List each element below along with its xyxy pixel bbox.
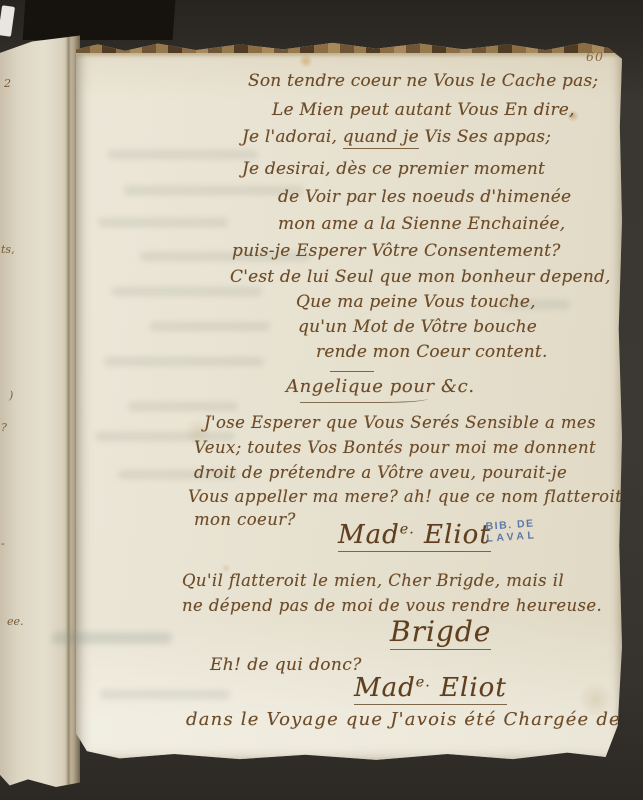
stage-heading: Angelique pour &c. [286, 377, 475, 397]
verse-line: de Voir par les noeuds d'himenée [278, 188, 571, 207]
verse-line: Je desirai, dès ce premier moment [242, 160, 545, 179]
bleedthrough-mark [124, 186, 304, 195]
edge-fragment: ee. [7, 616, 24, 627]
verse-line: Que ma peine Vous touche, [296, 293, 536, 312]
manuscript-photo: 2 ts, ) ? - ee. 60 Son tendre coeur ne V… [0, 0, 643, 800]
speech-line: Veux; toutes Vos Bontés pour moi me donn… [194, 439, 596, 457]
gutter-crease [66, 34, 71, 790]
speech-line: dans le Voyage que J'avois été Chargée d… [186, 710, 621, 730]
folio-number: 60 [586, 49, 604, 64]
bleedthrough-mark [100, 690, 230, 699]
dialogue-line: Eh! de qui donc? [210, 656, 362, 675]
edge-fragment: ts, [1, 244, 15, 255]
bleedthrough-mark [128, 402, 238, 411]
bleedthrough-mark [52, 632, 172, 644]
speech-line: mon coeur? [194, 511, 296, 529]
speech-line: J'ose Esperer que Vous Serés Sensible a … [204, 414, 596, 432]
speaker-name-madame-eliot: Made. Eliot [338, 521, 491, 550]
heading-flourish [300, 396, 428, 403]
bleedthrough-mark [98, 218, 228, 227]
verse-line: Je l'adorai, quand je Vis Ses appas; [242, 128, 551, 147]
edge-fragment: - [1, 538, 5, 549]
speech-line: Qu'il flatteroit le mien, Cher Brigde, m… [182, 572, 564, 590]
verse-line: puis-je Esperer Vôtre Consentement? [232, 242, 561, 261]
binding-shadow [23, 0, 176, 40]
verse-end-rule [330, 371, 374, 372]
verse-line: rende mon Coeur content. [316, 343, 548, 362]
deckle-edge [76, 40, 622, 53]
library-stamp: BIB. DE LAVAL [485, 517, 538, 545]
speech-line: Vous appeller ma mere? ah! que ce nom fl… [188, 488, 622, 506]
verse-line: C'est de lui Seul que mon bonheur depend… [230, 268, 611, 287]
verse-line: Le Mien peut autant Vous En dire, [272, 101, 575, 120]
edge-fragment: ) [9, 390, 13, 401]
speaker-name-madame-eliot: Made. Eliot [354, 674, 507, 703]
underlined-phrase: quand je [343, 127, 419, 149]
bleedthrough-mark [104, 357, 264, 366]
verse-line: Son tendre coeur ne Vous le Cache pas; [248, 72, 598, 91]
bleedthrough-mark [108, 150, 258, 159]
speech-line: droit de prétendre a Vôtre aveu, pourait… [194, 464, 567, 482]
edge-fragment: ? [1, 422, 7, 433]
edge-fragment: 2 [4, 78, 11, 89]
previous-page-edge: 2 ts, ) ? - ee. [0, 34, 80, 790]
verse-line: mon ame a la Sienne Enchainée, [278, 215, 565, 234]
verse-line: qu'un Mot de Vôtre bouche [298, 318, 537, 337]
binding-paper-sliver [0, 5, 15, 37]
bleedthrough-mark [150, 322, 270, 331]
speech-line: ne dépend pas de moi de vous rendre heur… [182, 597, 602, 615]
bleedthrough-mark [112, 287, 262, 296]
speaker-name-brigde: Brigde [390, 617, 491, 648]
